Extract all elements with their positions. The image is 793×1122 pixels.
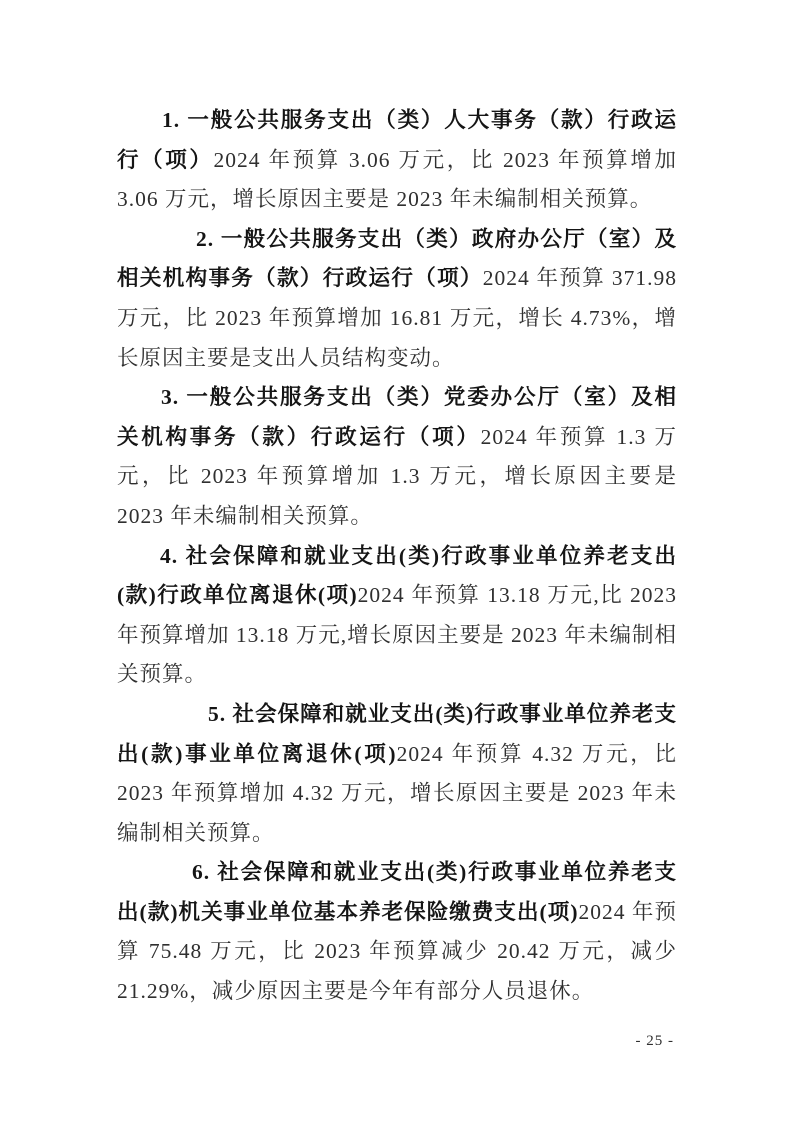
budget-item-paragraph: 4. 社会保障和就业支出(类)行政事业单位养老支出(款)行政单位离退休(项)20…: [117, 537, 677, 695]
document-body: 1. 一般公共服务支出（类）人大事务（款）行政运行（项）2024 年预算 3.0…: [117, 101, 677, 1012]
budget-item-paragraph: 6. 社会保障和就业支出(类)行政事业单位养老支出(款)机关事业单位基本养老保险…: [117, 853, 677, 1011]
page-number: - 25 -: [636, 1033, 675, 1049]
page-footer: - 25 -: [636, 1031, 675, 1051]
document-page: 1. 一般公共服务支出（类）人大事务（款）行政运行（项）2024 年预算 3.0…: [0, 0, 793, 1122]
budget-item-paragraph: 3. 一般公共服务支出（类）党委办公厅（室）及相关机构事务（款）行政运行（项）2…: [117, 378, 677, 536]
budget-item-paragraph: 2. 一般公共服务支出（类）政府办公厅（室）及相关机构事务（款）行政运行（项）2…: [117, 220, 677, 378]
budget-item-paragraph: 1. 一般公共服务支出（类）人大事务（款）行政运行（项）2024 年预算 3.0…: [117, 101, 677, 220]
budget-item-paragraph: 5. 社会保障和就业支出(类)行政事业单位养老支出(款)事业单位离退休(项)20…: [117, 695, 677, 853]
